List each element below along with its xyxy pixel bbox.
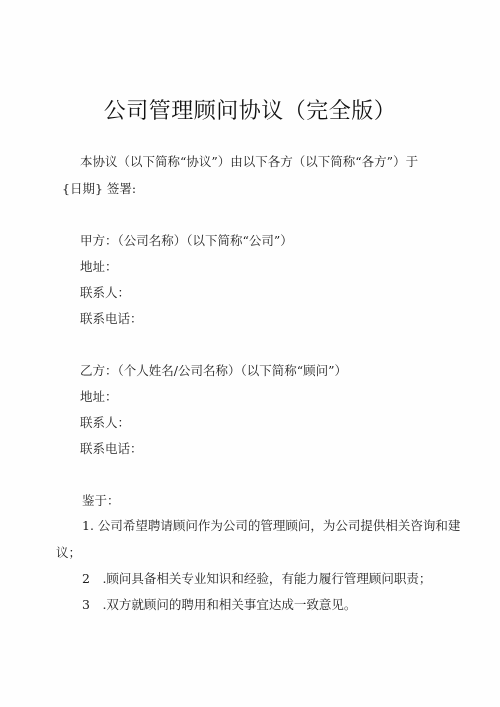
document-title: 公司管理顾问协议（完全版） [0,94,500,125]
recital-item-1-line-1: 1. 公司希望聘请顾问作为公司的管理顾问，为公司提供相关咨询和建 [82,518,460,534]
document-page: 公司管理顾问协议（完全版） 本协议（以下简称“协议”）由以下各方（以下简称“各方… [0,0,500,707]
recital-item-1-line-2: 议； [56,545,81,561]
party-b-heading: 乙方：（个人姓名/公司名称）（以下简称“顾问”） [80,363,347,379]
recital-item-3: 3 .双方就顾问的聘用和相关事宜达成一致意见。 [82,597,356,613]
party-b-contact-label: 联系人： [80,415,130,431]
party-a-contact-label: 联系人： [80,285,130,301]
party-b-address-label: 地址： [80,389,118,405]
party-b-phone-label: 联系电话： [80,441,143,457]
recitals-heading: 鉴于： [82,493,120,509]
party-a-address-label: 地址： [80,259,118,275]
intro-line-2: {日期} 签署: [62,181,136,197]
recital-item-2: 2 .顾问具备相关专业知识和经验，有能力履行管理顾问职责； [82,571,431,587]
party-a-phone-label: 联系电话： [80,311,143,327]
intro-line-1: 本协议（以下简称“协议”）由以下各方（以下简称“各方”）于 [80,154,418,170]
party-a-heading: 甲方：（公司名称）（以下简称“公司”） [80,233,293,249]
